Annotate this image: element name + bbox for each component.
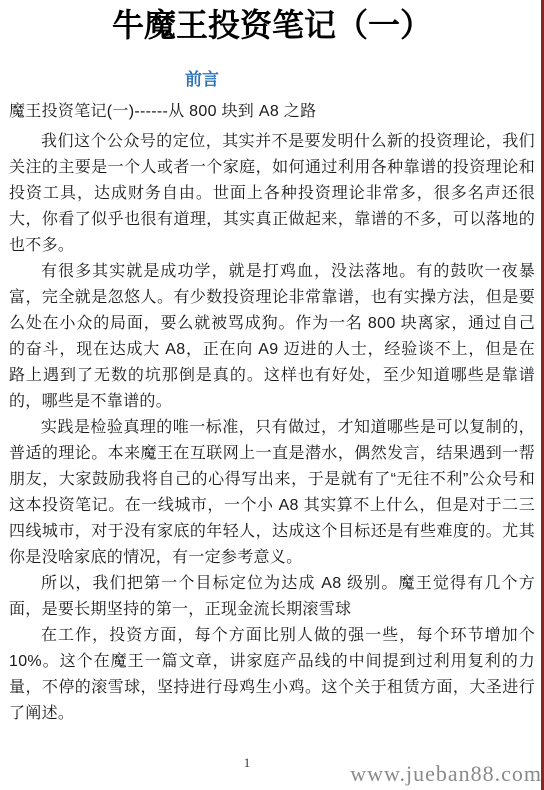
body-paragraph: 有很多其实就是成功学，就是打鸡血，没法落地。有的鼓吹一夜暴富，完全就是忽悠人。有… [9, 259, 535, 415]
site-watermark: www.jueban88.com [350, 761, 542, 787]
subtitle-line: 魔王投资笔记(一)------从 800 块到 A8 之路 [9, 99, 535, 125]
body-paragraph: 在工作，投资方面，每个方面比别人做的强一些，每个环节增加个 10%。这个在魔王一… [9, 623, 535, 727]
body-paragraph: 所以，我们把第一个目标定位为达成 A8 级别。魔王觉得有几个方面，是要长期坚持的… [9, 571, 535, 623]
body-paragraph: 实践是检验真理的唯一标准，只有做过，才知道哪些是可以复制的，普适的理论。本来魔王… [9, 415, 535, 571]
page-title: 牛魔王投资笔记（一） [9, 6, 535, 44]
document-page: 牛魔王投资笔记（一） 前言 魔王投资笔记(一)------从 800 块到 A8… [0, 0, 544, 770]
body-paragraph: 我们这个公众号的定位，其实并不是要发明什么新的投资理论，我们关注的主要是一个人或… [9, 129, 535, 259]
preface-heading: 前言 [9, 70, 395, 90]
